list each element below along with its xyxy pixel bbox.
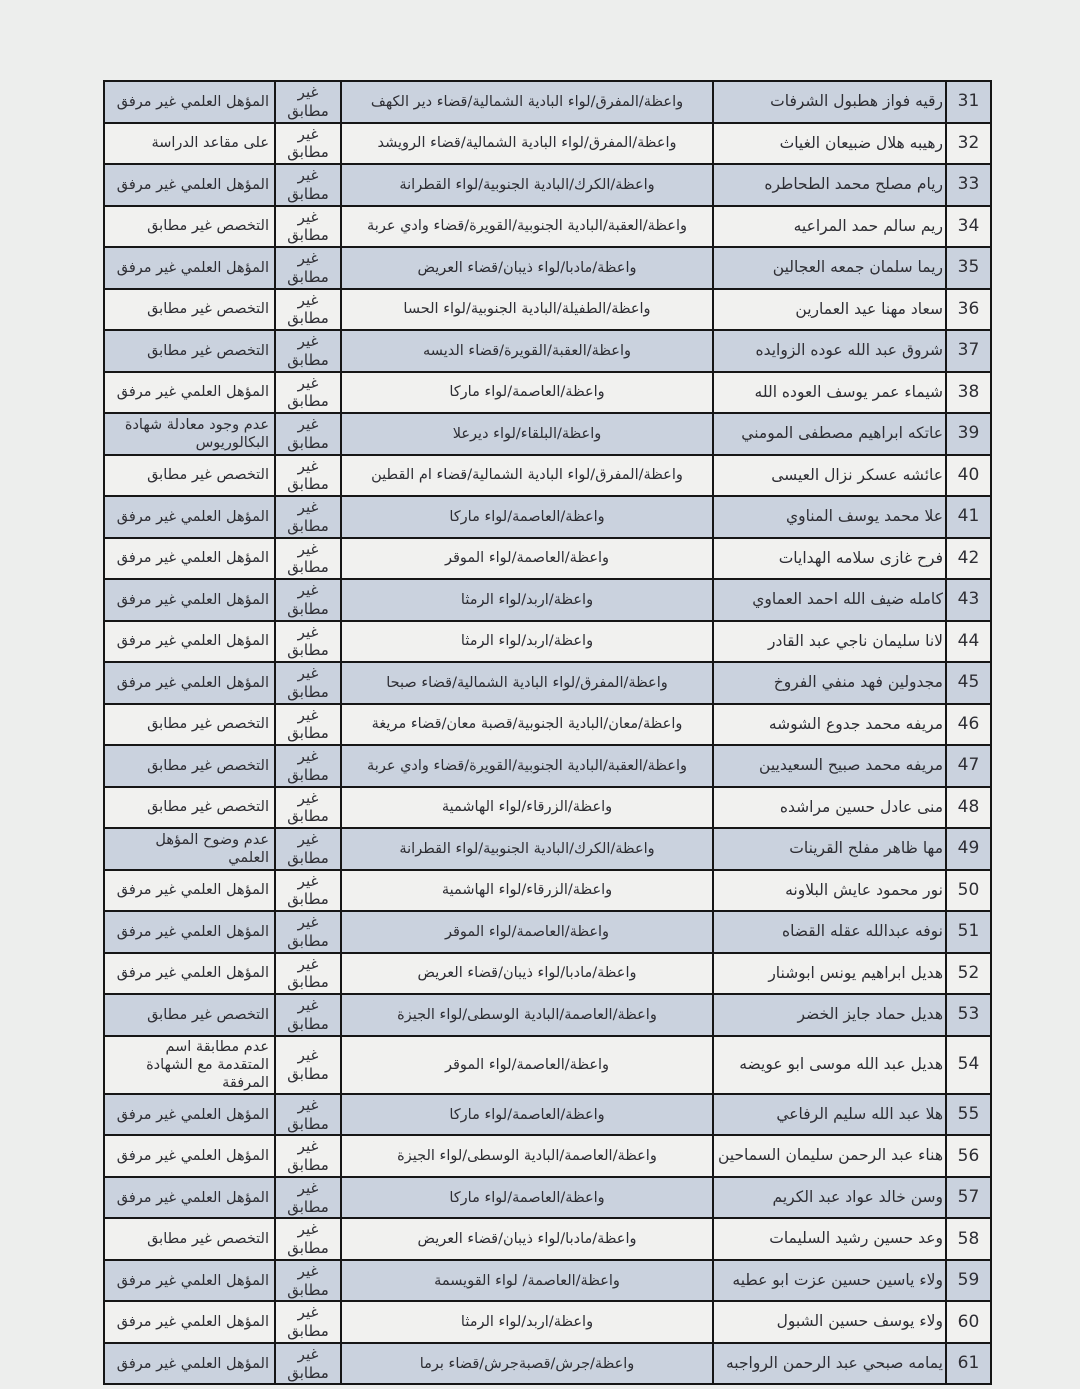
table-row: 53هديل حماد جايز الخضرواعظة/العاصمة/البا…	[104, 994, 991, 1036]
row-number-cell: 55	[946, 1094, 991, 1136]
table-row: 40عائشه عسكر نزال العيسىواعظة/المفرق/لوا…	[104, 455, 991, 497]
reason-cell: عدم مطابقة اسم المتقدمة مع الشهادة المرف…	[104, 1036, 275, 1094]
table-row: 55هلا عبد الله سليم الرفاعيواعظة/العاصمة…	[104, 1094, 991, 1136]
row-number-cell: 58	[946, 1218, 991, 1260]
table-row: 46مريفه محمد جدوع الشوشهواعظة/معان/الباد…	[104, 704, 991, 746]
position-cell: واعظة/العاصمة/لواء ماركا	[341, 1094, 713, 1136]
status-cell: غير مطابق	[275, 455, 341, 497]
name-cell: شروق عبد الله عوده الزوايده	[713, 330, 946, 372]
position-cell: واعظة/اربد/لواء الرمثا	[341, 1301, 713, 1343]
reason-cell: على مقاعد الدراسة	[104, 123, 275, 165]
position-cell: واعظة/المفرق/لواء البادية الشمالية/قضاء …	[341, 123, 713, 165]
table-row: 36سعاد مهنا عيد العمارينواعظة/الطفيلة/ال…	[104, 289, 991, 331]
table-row: 58وعد حسين رشيد السليماتواعظة/مادبا/لواء…	[104, 1218, 991, 1260]
position-cell: واعظة/العاصمة/البادية الوسطى/لواء الجيزة	[341, 994, 713, 1036]
status-cell: غير مطابق	[275, 1177, 341, 1219]
reason-cell: المؤهل العلمي غير مرفق	[104, 1135, 275, 1177]
status-cell: غير مطابق	[275, 787, 341, 829]
reason-cell: التخصص غير مطابق	[104, 455, 275, 497]
status-cell: غير مطابق	[275, 1036, 341, 1094]
reason-cell: التخصص غير مطابق	[104, 704, 275, 746]
row-number-cell: 31	[946, 81, 991, 123]
reason-cell: المؤهل العلمي غير مرفق	[104, 164, 275, 206]
position-cell: واعظة/اربد/لواء الرمثا	[341, 621, 713, 663]
row-number-cell: 41	[946, 496, 991, 538]
table-row: 49مها ظاهر مفلح القريناتواعظة/الكرك/البا…	[104, 828, 991, 870]
reason-cell: المؤهل العلمي غير مرفق	[104, 1301, 275, 1343]
row-number-cell: 48	[946, 787, 991, 829]
status-cell: غير مطابق	[275, 289, 341, 331]
name-cell: شيماء عمر يوسف العوده الله	[713, 372, 946, 414]
table-row: 39عاتكه ابراهيم مصطفى المومنيواعظة/البلق…	[104, 413, 991, 455]
name-cell: ريام مصلح محمد الطحاطره	[713, 164, 946, 206]
reason-cell: المؤهل العلمي غير مرفق	[104, 579, 275, 621]
row-number-cell: 42	[946, 538, 991, 580]
name-cell: رهيبه هلال ضبيعان الغياث	[713, 123, 946, 165]
status-cell: غير مطابق	[275, 1343, 341, 1385]
name-cell: ريما سلمان جمعه العجالين	[713, 247, 946, 289]
name-cell: نوفه عبدالله عقله القضاه	[713, 911, 946, 953]
row-number-cell: 39	[946, 413, 991, 455]
position-cell: واعظة/المفرق/لواء البادية الشمالية/قضاء …	[341, 455, 713, 497]
name-cell: مريفه محمد جدوع الشوشه	[713, 704, 946, 746]
position-cell: واعظة/الزرقاء/لواء الهاشمية	[341, 870, 713, 912]
row-number-cell: 61	[946, 1343, 991, 1385]
name-cell: ولاء ياسين حسين عزت ابو عطيه	[713, 1260, 946, 1302]
status-cell: غير مطابق	[275, 81, 341, 123]
status-cell: غير مطابق	[275, 1135, 341, 1177]
row-number-cell: 44	[946, 621, 991, 663]
reason-cell: المؤهل العلمي غير مرفق	[104, 81, 275, 123]
reason-cell: التخصص غير مطابق	[104, 330, 275, 372]
table-row: 60ولاء يوسف حسين الشبولواعظة/اربد/لواء ا…	[104, 1301, 991, 1343]
status-cell: غير مطابق	[275, 247, 341, 289]
position-cell: واعظة/العقبة/القويرة/قضاء الديسه	[341, 330, 713, 372]
table-row: 38شيماء عمر يوسف العوده اللهواعظة/العاصم…	[104, 372, 991, 414]
row-number-cell: 60	[946, 1301, 991, 1343]
position-cell: واعظة/الزرقاء/لواء الهاشمية	[341, 787, 713, 829]
reason-cell: عدم وضوح المؤهل العلمي	[104, 828, 275, 870]
table-row: 34ريم سالم حمد المراعيهواعظة/العقبة/البا…	[104, 206, 991, 248]
row-number-cell: 33	[946, 164, 991, 206]
reason-cell: التخصص غير مطابق	[104, 206, 275, 248]
name-cell: يمامه صبحي عبد الرحمن الرواجبه	[713, 1343, 946, 1385]
table-row: 45مجدولين فهد منفي الفروخواعظة/المفرق/لو…	[104, 662, 991, 704]
status-cell: غير مطابق	[275, 164, 341, 206]
row-number-cell: 57	[946, 1177, 991, 1219]
row-number-cell: 43	[946, 579, 991, 621]
position-cell: واعظة/العاصمة/لواء ماركا	[341, 372, 713, 414]
row-number-cell: 51	[946, 911, 991, 953]
name-cell: رقيه فواز هطبول الشرفات	[713, 81, 946, 123]
name-cell: هناء عبد الرحمن سليمان السماحين	[713, 1135, 946, 1177]
row-number-cell: 47	[946, 745, 991, 787]
table-row: 50نور محمود عايش البلاونهواعظة/الزرقاء/ل…	[104, 870, 991, 912]
table-row: 48منى عادل حسين مراشدهواعظة/الزرقاء/لواء…	[104, 787, 991, 829]
name-cell: منى عادل حسين مراشده	[713, 787, 946, 829]
position-cell: واعظة/الطفيلة/البادية الجنوبية/لواء الحس…	[341, 289, 713, 331]
applicants-table-body: 31رقيه فواز هطبول الشرفاتواعظة/المفرق/لو…	[104, 81, 991, 1384]
reason-cell: التخصص غير مطابق	[104, 1218, 275, 1260]
reason-cell: عدم وجود معادلة شهادة البكالوريوس	[104, 413, 275, 455]
table-row: 59ولاء ياسين حسين عزت ابو عطيهواعظة/العا…	[104, 1260, 991, 1302]
name-cell: ريم سالم حمد المراعيه	[713, 206, 946, 248]
name-cell: هلا عبد الله سليم الرفاعي	[713, 1094, 946, 1136]
row-number-cell: 53	[946, 994, 991, 1036]
position-cell: واعظة/العاصمة/لواء الموقر	[341, 911, 713, 953]
position-cell: واعظة/العاصمة/لواء ماركا	[341, 496, 713, 538]
table-row: 52هديل ابراهيم يونس ابوشنارواعظة/مادبا/ل…	[104, 953, 991, 995]
status-cell: غير مطابق	[275, 1301, 341, 1343]
reason-cell: المؤهل العلمي غير مرفق	[104, 1094, 275, 1136]
status-cell: غير مطابق	[275, 372, 341, 414]
status-cell: غير مطابق	[275, 579, 341, 621]
row-number-cell: 38	[946, 372, 991, 414]
reason-cell: المؤهل العلمي غير مرفق	[104, 621, 275, 663]
applicants-table: 31رقيه فواز هطبول الشرفاتواعظة/المفرق/لو…	[103, 80, 992, 1385]
table-row: 61يمامه صبحي عبد الرحمن الرواجبهواعظة/جر…	[104, 1343, 991, 1385]
position-cell: واعظة/المفرق/لواء البادية الشمالية/قضاء …	[341, 662, 713, 704]
status-cell: غير مطابق	[275, 994, 341, 1036]
name-cell: ولاء يوسف حسين الشبول	[713, 1301, 946, 1343]
status-cell: غير مطابق	[275, 1260, 341, 1302]
status-cell: غير مطابق	[275, 413, 341, 455]
status-cell: غير مطابق	[275, 206, 341, 248]
reason-cell: المؤهل العلمي غير مرفق	[104, 870, 275, 912]
name-cell: عائشه عسكر نزال العيسى	[713, 455, 946, 497]
name-cell: فرح غازى سلامه الهدايات	[713, 538, 946, 580]
status-cell: غير مطابق	[275, 1218, 341, 1260]
name-cell: كامله ضيف الله احمد العماوي	[713, 579, 946, 621]
reason-cell: التخصص غير مطابق	[104, 994, 275, 1036]
reason-cell: المؤهل العلمي غير مرفق	[104, 1177, 275, 1219]
position-cell: واعظة/الكرك/البادية الجنوبية/لواء القطرا…	[341, 164, 713, 206]
name-cell: نور محمود عايش البلاونه	[713, 870, 946, 912]
document-page: 31رقيه فواز هطبول الشرفاتواعظة/المفرق/لو…	[0, 0, 1080, 1389]
status-cell: غير مطابق	[275, 1094, 341, 1136]
position-cell: واعظة/المفرق/لواء البادية الشمالية/قضاء …	[341, 81, 713, 123]
reason-cell: المؤهل العلمي غير مرفق	[104, 1343, 275, 1385]
table-row: 41علا محمد يوسف المناويواعظة/العاصمة/لوا…	[104, 496, 991, 538]
row-number-cell: 40	[946, 455, 991, 497]
table-row: 56هناء عبد الرحمن سليمان السماحينواعظة/ا…	[104, 1135, 991, 1177]
position-cell: واعظة/مادبا/لواء ذيبان/قضاء العريض	[341, 247, 713, 289]
position-cell: واعظة/العاصمة/لواء الموقر	[341, 538, 713, 580]
reason-cell: المؤهل العلمي غير مرفق	[104, 1260, 275, 1302]
name-cell: وسن خالد عواد عبد الكريم	[713, 1177, 946, 1219]
reason-cell: المؤهل العلمي غير مرفق	[104, 247, 275, 289]
name-cell: هديل عبد الله موسى ابو عويضه	[713, 1036, 946, 1094]
position-cell: واعظة/البلقاء/لواء ديرعلا	[341, 413, 713, 455]
name-cell: لانا سليمان ناجي عبد القادر	[713, 621, 946, 663]
name-cell: مها ظاهر مفلح القرينات	[713, 828, 946, 870]
reason-cell: المؤهل العلمي غير مرفق	[104, 538, 275, 580]
reason-cell: المؤهل العلمي غير مرفق	[104, 372, 275, 414]
status-cell: غير مطابق	[275, 496, 341, 538]
reason-cell: المؤهل العلمي غير مرفق	[104, 662, 275, 704]
row-number-cell: 34	[946, 206, 991, 248]
status-cell: غير مطابق	[275, 828, 341, 870]
position-cell: واعظة/مادبا/لواء ذيبان/قضاء العريض	[341, 953, 713, 995]
status-cell: غير مطابق	[275, 621, 341, 663]
row-number-cell: 46	[946, 704, 991, 746]
table-row: 44لانا سليمان ناجي عبد القادرواعظة/اربد/…	[104, 621, 991, 663]
row-number-cell: 54	[946, 1036, 991, 1094]
row-number-cell: 56	[946, 1135, 991, 1177]
position-cell: واعظة/العاصمة/لواء ماركا	[341, 1177, 713, 1219]
position-cell: واعظة/العاصمة/لواء الموقر	[341, 1036, 713, 1094]
table-row: 37شروق عبد الله عوده الزوايدهواعظة/العقب…	[104, 330, 991, 372]
position-cell: واعظة/مادبا/لواء ذيبان/قضاء العريض	[341, 1218, 713, 1260]
status-cell: غير مطابق	[275, 330, 341, 372]
name-cell: عاتكه ابراهيم مصطفى المومني	[713, 413, 946, 455]
row-number-cell: 50	[946, 870, 991, 912]
row-number-cell: 37	[946, 330, 991, 372]
table-row: 47مريفه محمد صبيح السعيديينواعظة/العقبة/…	[104, 745, 991, 787]
position-cell: واعظة/العقبة/البادية الجنوبية/القويرة/قض…	[341, 745, 713, 787]
status-cell: غير مطابق	[275, 538, 341, 580]
reason-cell: التخصص غير مطابق	[104, 289, 275, 331]
position-cell: واعظة/معان/البادية الجنوبية/قصبة معان/قض…	[341, 704, 713, 746]
table-row: 42فرح غازى سلامه الهداياتواعظة/العاصمة/ل…	[104, 538, 991, 580]
row-number-cell: 52	[946, 953, 991, 995]
table-row: 31رقيه فواز هطبول الشرفاتواعظة/المفرق/لو…	[104, 81, 991, 123]
status-cell: غير مطابق	[275, 745, 341, 787]
reason-cell: التخصص غير مطابق	[104, 787, 275, 829]
status-cell: غير مطابق	[275, 123, 341, 165]
position-cell: واعظة/العاصمة/ لواء القويسمة	[341, 1260, 713, 1302]
name-cell: سعاد مهنا عيد العمارين	[713, 289, 946, 331]
reason-cell: المؤهل العلمي غير مرفق	[104, 911, 275, 953]
table-row: 43كامله ضيف الله احمد العماويواعظة/اربد/…	[104, 579, 991, 621]
status-cell: غير مطابق	[275, 704, 341, 746]
table-row: 33ريام مصلح محمد الطحاطرهواعظة/الكرك/الب…	[104, 164, 991, 206]
name-cell: هديل حماد جايز الخضر	[713, 994, 946, 1036]
reason-cell: التخصص غير مطابق	[104, 745, 275, 787]
row-number-cell: 32	[946, 123, 991, 165]
position-cell: واعظة/جرش/قصبةجرش/قضاء برما	[341, 1343, 713, 1385]
table-row: 35ريما سلمان جمعه العجالينواعظة/مادبا/لو…	[104, 247, 991, 289]
row-number-cell: 49	[946, 828, 991, 870]
name-cell: مريفه محمد صبيح السعيديين	[713, 745, 946, 787]
name-cell: مجدولين فهد منفي الفروخ	[713, 662, 946, 704]
name-cell: وعد حسين رشيد السليمات	[713, 1218, 946, 1260]
row-number-cell: 45	[946, 662, 991, 704]
reason-cell: المؤهل العلمي غير مرفق	[104, 496, 275, 538]
name-cell: هديل ابراهيم يونس ابوشنار	[713, 953, 946, 995]
position-cell: واعظة/العقبة/البادية الجنوبية/القويرة/قض…	[341, 206, 713, 248]
table-row: 57وسن خالد عواد عبد الكريمواعظة/العاصمة/…	[104, 1177, 991, 1219]
status-cell: غير مطابق	[275, 953, 341, 995]
status-cell: غير مطابق	[275, 870, 341, 912]
position-cell: واعظة/العاصمة/البادية الوسطى/لواء الجيزة	[341, 1135, 713, 1177]
name-cell: علا محمد يوسف المناوي	[713, 496, 946, 538]
table-row: 32رهيبه هلال ضبيعان الغياثواعظة/المفرق/ل…	[104, 123, 991, 165]
reason-cell: المؤهل العلمي غير مرفق	[104, 953, 275, 995]
table-row: 51نوفه عبدالله عقله القضاهواعظة/العاصمة/…	[104, 911, 991, 953]
table-row: 54هديل عبد الله موسى ابو عويضهواعظة/العا…	[104, 1036, 991, 1094]
row-number-cell: 36	[946, 289, 991, 331]
row-number-cell: 59	[946, 1260, 991, 1302]
row-number-cell: 35	[946, 247, 991, 289]
position-cell: واعظة/الكرك/البادية الجنوبية/لواء القطرا…	[341, 828, 713, 870]
position-cell: واعظة/اربد/لواء الرمثا	[341, 579, 713, 621]
status-cell: غير مطابق	[275, 911, 341, 953]
status-cell: غير مطابق	[275, 662, 341, 704]
